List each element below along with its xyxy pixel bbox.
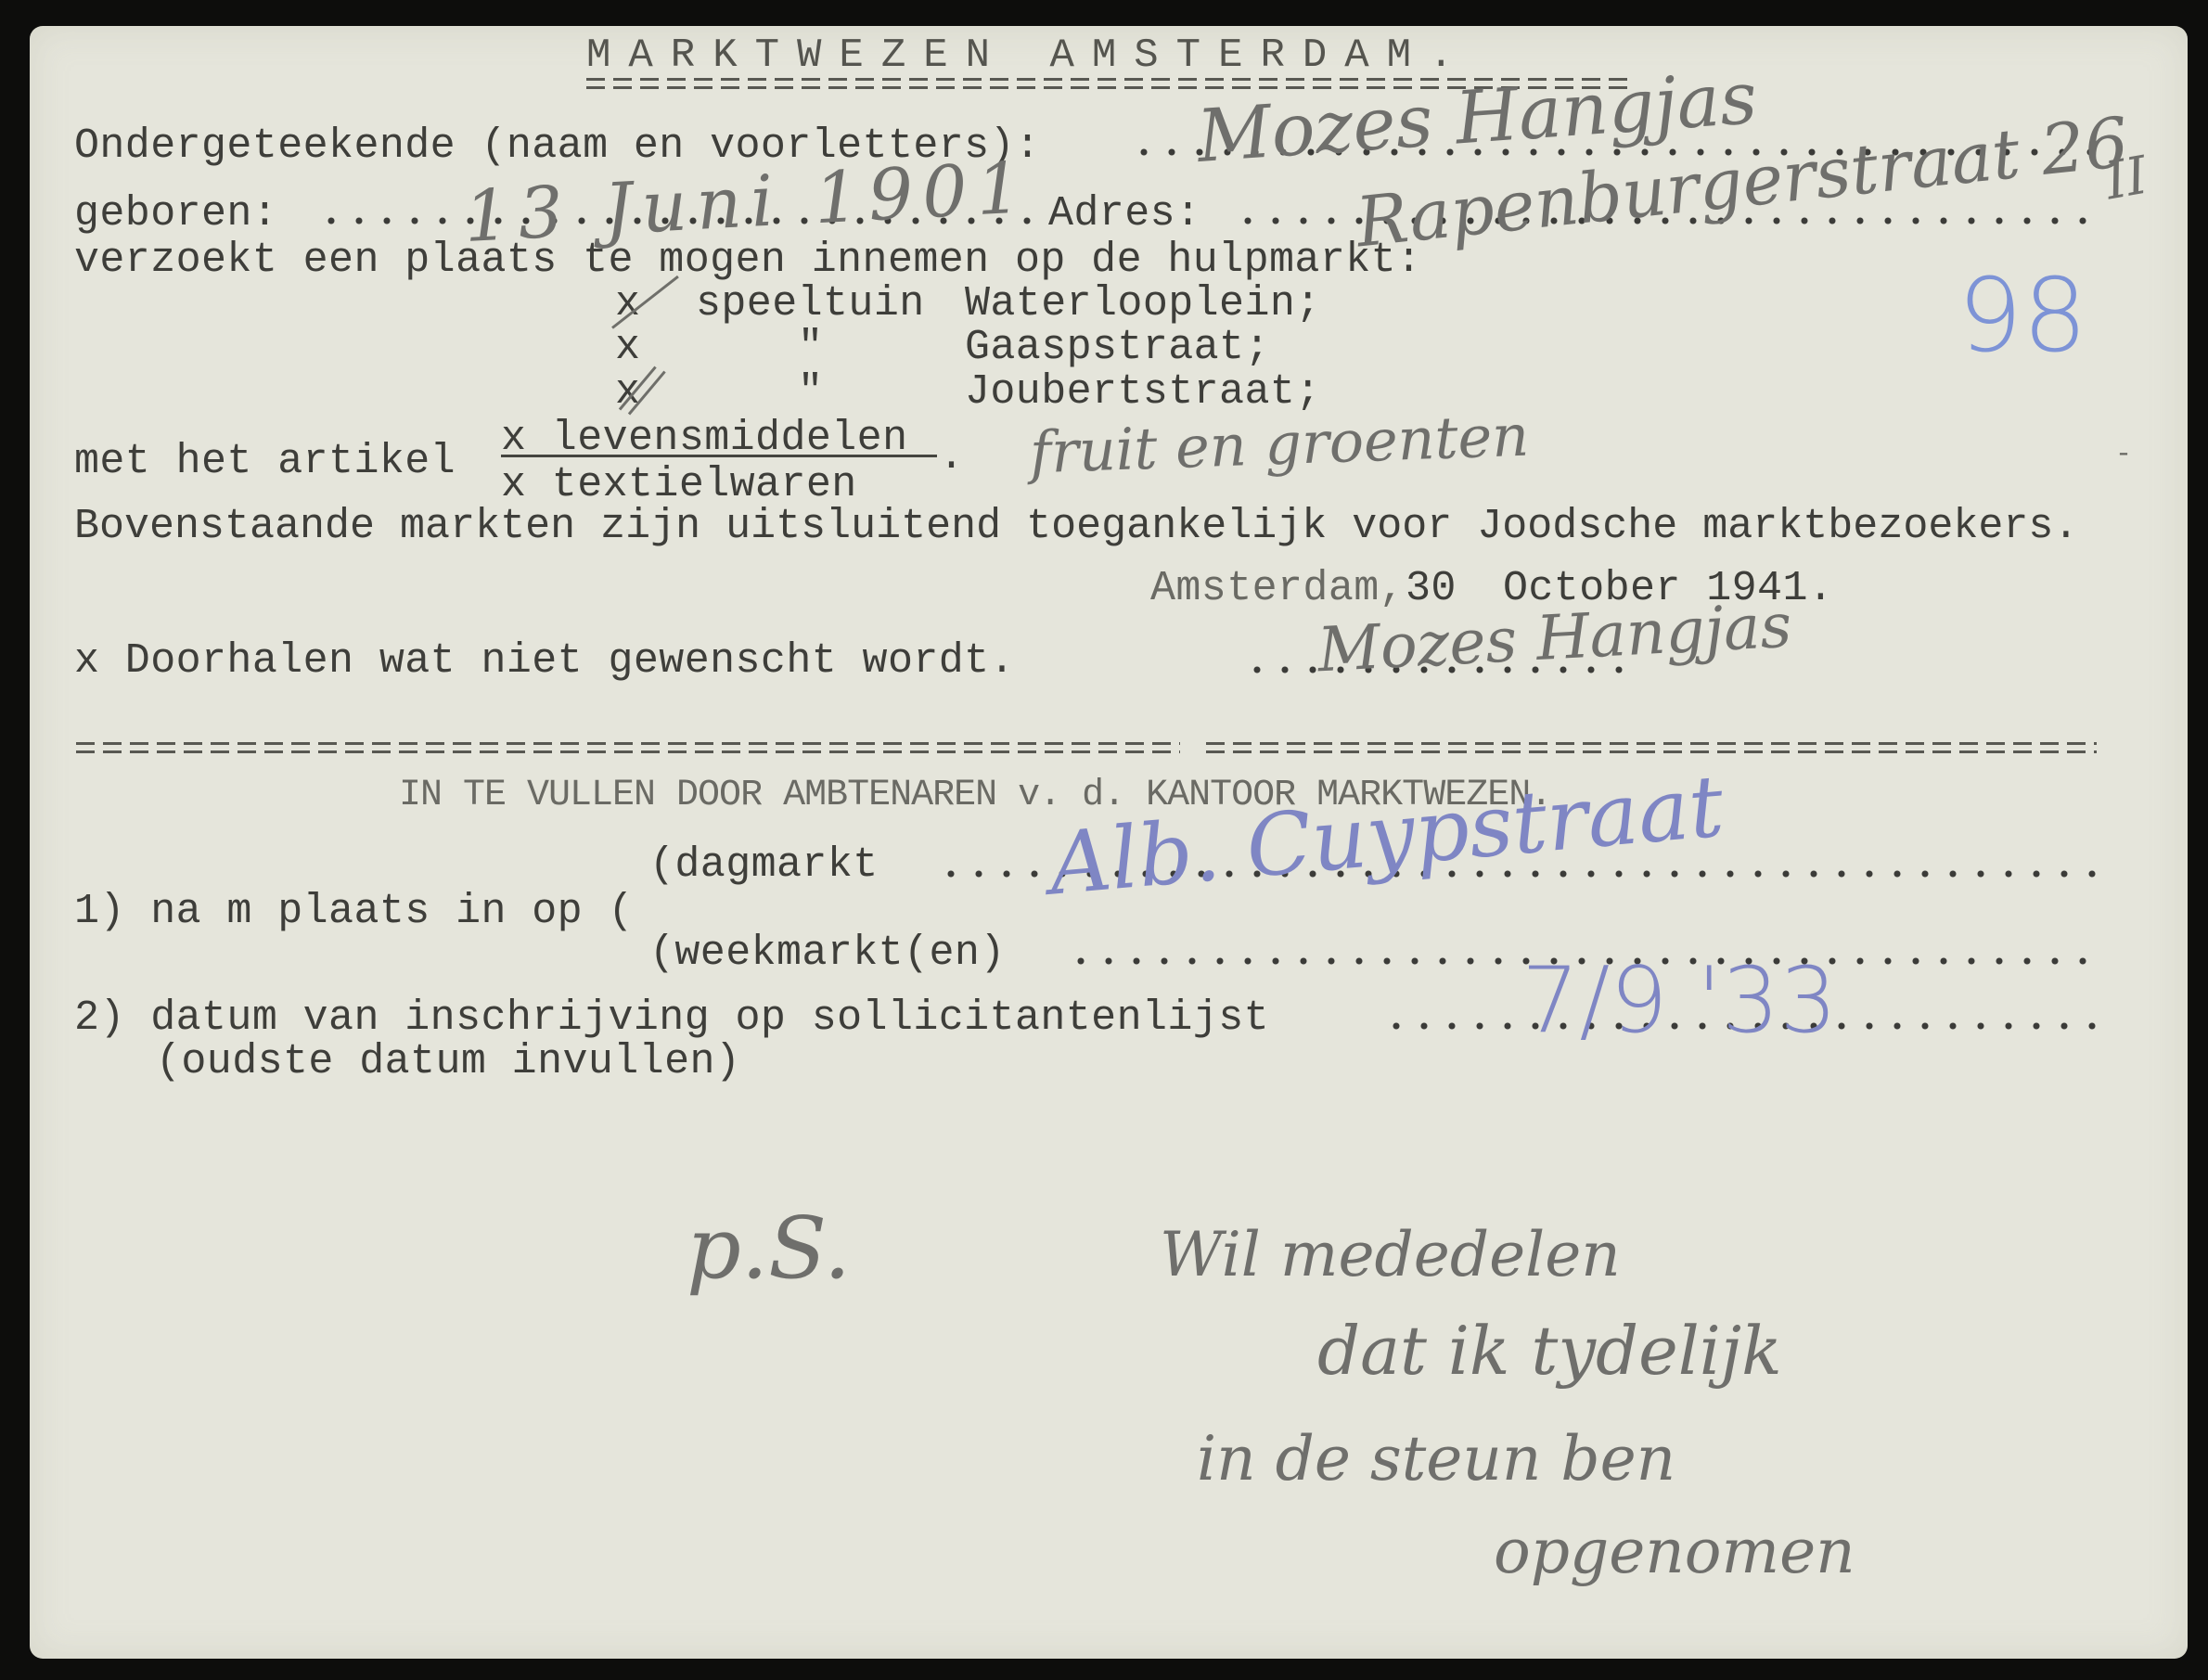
item2-sub: (oudste datum invullen) (156, 1041, 740, 1083)
article-option-textile: x textielwaren (501, 464, 857, 506)
item2-label: 2) datum van inschrijving op sollicitant… (74, 997, 1269, 1039)
registration-number: 98 (1958, 264, 2087, 366)
section-separator-left (76, 742, 1180, 755)
market-name-joubertstraat: Joubertstraat; (965, 371, 1321, 413)
item1-label: 1) na m plaats in op ( (74, 891, 634, 932)
request-text: verzoekt een plaats te mogen innemen op … (74, 239, 1421, 281)
postscript-line-2: dat ik tydelijk (1317, 1317, 1782, 1384)
market-mark-gaaspstraat: x (615, 327, 640, 368)
notice-text: Bovenstaande markten zijn uitsluitend to… (74, 506, 2078, 547)
form-title: MARKTWEZEN AMSTERDAM. (586, 35, 1471, 76)
postscript-line-1: Wil mededelen (1160, 1225, 1621, 1286)
footnote-text: x Doorhalen wat niet gewenscht wordt. (74, 640, 1015, 682)
article-option-food: x levensmiddelen (501, 417, 907, 459)
market-name-gaaspstraat: Gaaspstraat; (965, 327, 1270, 368)
market-prefix-joubertstraat: " (798, 371, 823, 413)
article-period: . (939, 436, 964, 478)
date-day: 30 (1406, 568, 1457, 609)
postscript-line-4: opgenomen (1494, 1521, 1855, 1583)
address-floor: II (2101, 150, 2150, 209)
born-label: geboren: (74, 193, 277, 235)
item2-value: 7/9 '33 (1521, 955, 1838, 1046)
address-label: Adres: (1048, 193, 1200, 235)
article-handwritten-value: fruit en groenten (1029, 407, 1530, 482)
market-mark-waterlooplein: x (615, 283, 640, 325)
dagmarkt-label: (dagmarkt (649, 844, 879, 886)
section-separator-right (1206, 742, 2097, 755)
postscript-line-3: in de steun ben (1197, 1429, 1675, 1490)
place: Amsterdam, (1150, 568, 1405, 609)
margin-mark: - (2115, 441, 2132, 468)
market-prefix-waterlooplein: speeltuin (696, 283, 925, 325)
weekmarkt-label: (weekmarkt(en) (649, 932, 1006, 974)
article-fraction-line (501, 455, 937, 457)
market-name-waterlooplein: Waterlooplein; (965, 283, 1321, 325)
market-prefix-gaaspstraat: " (798, 327, 823, 368)
article-label: met het artikel (74, 441, 456, 482)
postscript-label: p.S. (687, 1206, 851, 1291)
